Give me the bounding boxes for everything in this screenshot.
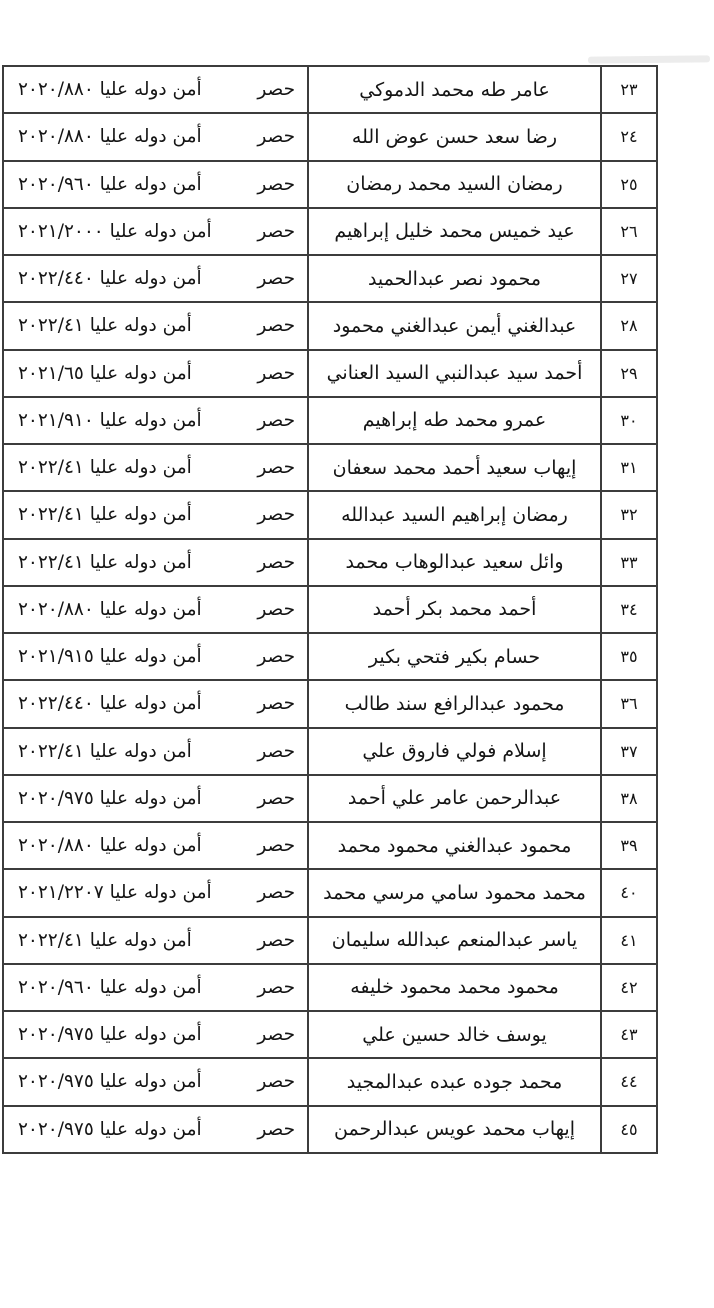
table-row: ٣١ إيهاب سعيد أحمد محمد سعفان حصر أمن دو…	[3, 444, 657, 491]
case-text: حصر أمن دوله عليا ٢٠٢٢/٤١	[4, 741, 307, 762]
table-row: ٢٧ محمود نصر عبدالحميد حصر أمن دوله عليا…	[3, 255, 657, 302]
case-number-label: أمن دوله عليا ٢٠٢٠/٨٨٠	[18, 599, 202, 620]
case-number-label: أمن دوله عليا ٢٠٢٢/٤١	[18, 504, 192, 525]
case-type-label: حصر	[257, 1024, 295, 1045]
row-number-cell: ٢٩	[601, 350, 657, 397]
table-row: ٢٦ عيد خميس محمد خليل إبراهيم حصر أمن دو…	[3, 208, 657, 255]
table-row: ٣٧ إسلام فولي فاروق علي حصر أمن دوله علي…	[3, 728, 657, 775]
case-cell: حصر أمن دوله عليا ٢٠٢٠/٩٦٠	[3, 964, 308, 1011]
case-number-label: أمن دوله عليا ٢٠٢٢/٤٤٠	[18, 268, 202, 289]
case-type-label: حصر	[257, 741, 295, 762]
row-number-cell: ٣١	[601, 444, 657, 491]
case-cell: حصر أمن دوله عليا ٢٠٢٢/٤١	[3, 444, 308, 491]
table-row: ٤٣ يوسف خالد حسين علي حصر أمن دوله عليا …	[3, 1011, 657, 1058]
case-text: حصر أمن دوله عليا ٢٠٢١/٩١٠	[4, 410, 307, 431]
case-number-label: أمن دوله عليا ٢٠٢٢/٤١	[18, 457, 192, 478]
case-cell: حصر أمن دوله عليا ٢٠٢٠/٩٧٥	[3, 1011, 308, 1058]
table-row: ٢٨ عبدالغني أيمن عبدالغني محمود حصر أمن …	[3, 302, 657, 349]
case-text: حصر أمن دوله عليا ٢٠٢٠/٩٧٥	[4, 788, 307, 809]
case-type-label: حصر	[257, 788, 295, 809]
person-name-cell: إيهاب محمد عويس عبدالرحمن	[308, 1106, 601, 1153]
case-cell: حصر أمن دوله عليا ٢٠٢٠/٨٨٠	[3, 113, 308, 160]
case-cell: حصر أمن دوله عليا ٢٠٢٠/٩٧٥	[3, 1106, 308, 1153]
row-number-cell: ٤١	[601, 917, 657, 964]
table-row: ٣٤ أحمد محمد بكر أحمد حصر أمن دوله عليا …	[3, 586, 657, 633]
table-row: ٢٩ أحمد سيد عبدالنبي السيد العناني حصر أ…	[3, 350, 657, 397]
case-text: حصر أمن دوله عليا ٢٠٢٢/٤١	[4, 504, 307, 525]
case-text: حصر أمن دوله عليا ٢٠٢٢/٤١	[4, 552, 307, 573]
person-name-cell: عامر طه محمد الدموكي	[308, 66, 601, 113]
row-number-cell: ٤٥	[601, 1106, 657, 1153]
case-number-label: أمن دوله عليا ٢٠٢٢/٤٤٠	[18, 693, 202, 714]
case-text: حصر أمن دوله عليا ٢٠٢٠/٨٨٠	[4, 599, 307, 620]
case-number-label: أمن دوله عليا ٢٠٢٠/٩٦٠	[18, 174, 202, 195]
case-type-label: حصر	[257, 174, 295, 195]
person-name-cell: عبدالغني أيمن عبدالغني محمود	[308, 302, 601, 349]
person-name-cell: عيد خميس محمد خليل إبراهيم	[308, 208, 601, 255]
table-row: ٤٠ محمد محمود سامي مرسي محمد حصر أمن دول…	[3, 869, 657, 916]
case-number-label: أمن دوله عليا ٢٠٢٠/٩٦٠	[18, 977, 202, 998]
row-number-cell: ٣٣	[601, 539, 657, 586]
case-text: حصر أمن دوله عليا ٢٠٢٠/٨٨٠	[4, 835, 307, 856]
case-number-label: أمن دوله عليا ٢٠٢٠/٨٨٠	[18, 126, 202, 147]
row-number-cell: ٢٣	[601, 66, 657, 113]
person-name-cell: محمود محمد محمود خليفه	[308, 964, 601, 1011]
table-row: ٣٠ عمرو محمد طه إبراهيم حصر أمن دوله علي…	[3, 397, 657, 444]
case-number-label: أمن دوله عليا ٢٠٢٢/٤١	[18, 741, 192, 762]
row-number-cell: ٣٧	[601, 728, 657, 775]
case-type-label: حصر	[257, 693, 295, 714]
person-name-cell: رمضان إبراهيم السيد عبدالله	[308, 491, 601, 538]
table-row: ٣٩ محمود عبدالغني محمود محمد حصر أمن دول…	[3, 822, 657, 869]
table-row: ٢٥ رمضان السيد محمد رمضان حصر أمن دوله ع…	[3, 161, 657, 208]
case-text: حصر أمن دوله عليا ٢٠٢٠/٩٧٥	[4, 1119, 307, 1140]
case-cell: حصر أمن دوله عليا ٢٠٢١/٦٥	[3, 350, 308, 397]
row-number-cell: ٣٨	[601, 775, 657, 822]
person-name-cell: عبدالرحمن عامر علي أحمد	[308, 775, 601, 822]
person-name-cell: أحمد محمد بكر أحمد	[308, 586, 601, 633]
case-number-label: أمن دوله عليا ٢٠٢٢/٤١	[18, 552, 192, 573]
person-name-cell: إيهاب سعيد أحمد محمد سعفان	[308, 444, 601, 491]
case-cell: حصر أمن دوله عليا ٢٠٢٠/٩٦٠	[3, 161, 308, 208]
case-text: حصر أمن دوله عليا ٢٠٢١/٦٥	[4, 363, 307, 384]
case-cell: حصر أمن دوله عليا ٢٠٢١/٢٠٠٠	[3, 208, 308, 255]
case-text: حصر أمن دوله عليا ٢٠٢٠/٩٦٠	[4, 977, 307, 998]
case-number-label: أمن دوله عليا ٢٠٢١/٩١٠	[18, 410, 202, 431]
case-cell: حصر أمن دوله عليا ٢٠٢٢/٤٤٠	[3, 255, 308, 302]
person-name-cell: رمضان السيد محمد رمضان	[308, 161, 601, 208]
person-name-cell: إسلام فولي فاروق علي	[308, 728, 601, 775]
person-name-cell: محمد محمود سامي مرسي محمد	[308, 869, 601, 916]
case-cell: حصر أمن دوله عليا ٢٠٢٢/٤٤٠	[3, 680, 308, 727]
case-cell: حصر أمن دوله عليا ٢٠٢١/٩١٠	[3, 397, 308, 444]
person-name-cell: محمد جوده عبده عبدالمجيد	[308, 1058, 601, 1105]
row-number-cell: ٤٠	[601, 869, 657, 916]
person-name-cell: رضا سعد حسن عوض الله	[308, 113, 601, 160]
case-type-label: حصر	[257, 835, 295, 856]
case-text: حصر أمن دوله عليا ٢٠٢٠/٨٨٠	[4, 79, 307, 100]
person-name-cell: يوسف خالد حسين علي	[308, 1011, 601, 1058]
row-number-cell: ٣٢	[601, 491, 657, 538]
person-name-cell: وائل سعيد عبدالوهاب محمد	[308, 539, 601, 586]
case-number-label: أمن دوله عليا ٢٠٢٠/٨٨٠	[18, 79, 202, 100]
case-text: حصر أمن دوله عليا ٢٠٢٢/٤١	[4, 930, 307, 951]
case-text: حصر أمن دوله عليا ٢٠٢٠/٩٧٥	[4, 1024, 307, 1045]
case-number-label: أمن دوله عليا ٢٠٢٠/٨٨٠	[18, 835, 202, 856]
person-name-cell: محمود عبدالغني محمود محمد	[308, 822, 601, 869]
case-text: حصر أمن دوله عليا ٢٠٢١/٢٠٠٠	[4, 221, 307, 242]
case-text: حصر أمن دوله عليا ٢٠٢٢/٤١	[4, 315, 307, 336]
case-type-label: حصر	[257, 504, 295, 525]
case-type-label: حصر	[257, 457, 295, 478]
person-name-cell: محمود عبدالرافع سند طالب	[308, 680, 601, 727]
row-number-cell: ٤٣	[601, 1011, 657, 1058]
case-type-label: حصر	[257, 646, 295, 667]
row-number-cell: ٤٤	[601, 1058, 657, 1105]
scan-artifact	[588, 55, 710, 63]
case-type-label: حصر	[257, 363, 295, 384]
case-text: حصر أمن دوله عليا ٢٠٢٢/٤٤٠	[4, 693, 307, 714]
table-row: ٢٤ رضا سعد حسن عوض الله حصر أمن دوله علي…	[3, 113, 657, 160]
case-type-label: حصر	[257, 315, 295, 336]
case-type-label: حصر	[257, 552, 295, 573]
case-type-label: حصر	[257, 79, 295, 100]
case-number-label: أمن دوله عليا ٢٠٢٠/٩٧٥	[18, 788, 202, 809]
case-text: حصر أمن دوله عليا ٢٠٢١/٩١٥	[4, 646, 307, 667]
row-number-cell: ٣٤	[601, 586, 657, 633]
case-cell: حصر أمن دوله عليا ٢٠٢٢/٤١	[3, 728, 308, 775]
case-number-label: أمن دوله عليا ٢٠٢٠/٩٧٥	[18, 1024, 202, 1045]
case-type-label: حصر	[257, 882, 295, 903]
case-type-label: حصر	[257, 410, 295, 431]
table-row: ٢٣ عامر طه محمد الدموكي حصر أمن دوله علي…	[3, 66, 657, 113]
case-cell: حصر أمن دوله عليا ٢٠٢١/٢٢٠٧	[3, 869, 308, 916]
row-number-cell: ٣٥	[601, 633, 657, 680]
case-cell: حصر أمن دوله عليا ٢٠٢١/٩١٥	[3, 633, 308, 680]
security-restriction-table: ٢٣ عامر طه محمد الدموكي حصر أمن دوله علي…	[2, 65, 658, 1154]
case-number-label: أمن دوله عليا ٢٠٢١/٦٥	[18, 363, 192, 384]
case-cell: حصر أمن دوله عليا ٢٠٢٢/٤١	[3, 302, 308, 349]
row-number-cell: ٣٦	[601, 680, 657, 727]
case-number-label: أمن دوله عليا ٢٠٢٠/٩٧٥	[18, 1119, 202, 1140]
row-number-cell: ٢٤	[601, 113, 657, 160]
table-row: ٣٥ حسام بكير فتحي بكير حصر أمن دوله عليا…	[3, 633, 657, 680]
table-body: ٢٣ عامر طه محمد الدموكي حصر أمن دوله علي…	[3, 66, 657, 1153]
row-number-cell: ٢٦	[601, 208, 657, 255]
table-row: ٤١ ياسر عبدالمنعم عبدالله سليمان حصر أمن…	[3, 917, 657, 964]
row-number-cell: ٣٩	[601, 822, 657, 869]
case-number-label: أمن دوله عليا ٢٠٢٢/٤١	[18, 930, 192, 951]
case-number-label: أمن دوله عليا ٢٠٢١/٢٠٠٠	[18, 221, 212, 242]
table-row: ٤٤ محمد جوده عبده عبدالمجيد حصر أمن دوله…	[3, 1058, 657, 1105]
case-cell: حصر أمن دوله عليا ٢٠٢٠/٩٧٥	[3, 775, 308, 822]
table-row: ٣٣ وائل سعيد عبدالوهاب محمد حصر أمن دوله…	[3, 539, 657, 586]
case-cell: حصر أمن دوله عليا ٢٠٢٠/٨٨٠	[3, 586, 308, 633]
table-row: ٤٥ إيهاب محمد عويس عبدالرحمن حصر أمن دول…	[3, 1106, 657, 1153]
case-type-label: حصر	[257, 930, 295, 951]
case-type-label: حصر	[257, 1071, 295, 1092]
case-cell: حصر أمن دوله عليا ٢٠٢٠/٨٨٠	[3, 66, 308, 113]
person-name-cell: عمرو محمد طه إبراهيم	[308, 397, 601, 444]
case-cell: حصر أمن دوله عليا ٢٠٢٢/٤١	[3, 917, 308, 964]
row-number-cell: ٤٢	[601, 964, 657, 1011]
case-text: حصر أمن دوله عليا ٢٠٢٠/٩٧٥	[4, 1071, 307, 1092]
row-number-cell: ٢٧	[601, 255, 657, 302]
person-name-cell: ياسر عبدالمنعم عبدالله سليمان	[308, 917, 601, 964]
table-row: ٤٢ محمود محمد محمود خليفه حصر أمن دوله ع…	[3, 964, 657, 1011]
case-text: حصر أمن دوله عليا ٢٠٢٠/٨٨٠	[4, 126, 307, 147]
case-type-label: حصر	[257, 599, 295, 620]
person-name-cell: محمود نصر عبدالحميد	[308, 255, 601, 302]
case-cell: حصر أمن دوله عليا ٢٠٢٠/٩٧٥	[3, 1058, 308, 1105]
case-text: حصر أمن دوله عليا ٢٠٢١/٢٢٠٧	[4, 882, 307, 903]
case-cell: حصر أمن دوله عليا ٢٠٢٢/٤١	[3, 491, 308, 538]
case-text: حصر أمن دوله عليا ٢٠٢٢/٤٤٠	[4, 268, 307, 289]
case-text: حصر أمن دوله عليا ٢٠٢٠/٩٦٠	[4, 174, 307, 195]
case-number-label: أمن دوله عليا ٢٠٢٠/٩٧٥	[18, 1071, 202, 1092]
scanned-document-page: ٢٣ عامر طه محمد الدموكي حصر أمن دوله علي…	[0, 0, 714, 1308]
table-row: ٣٢ رمضان إبراهيم السيد عبدالله حصر أمن د…	[3, 491, 657, 538]
case-number-label: أمن دوله عليا ٢٠٢٢/٤١	[18, 315, 192, 336]
case-text: حصر أمن دوله عليا ٢٠٢٢/٤١	[4, 457, 307, 478]
case-number-label: أمن دوله عليا ٢٠٢١/٩١٥	[18, 646, 202, 667]
row-number-cell: ٣٠	[601, 397, 657, 444]
person-name-cell: أحمد سيد عبدالنبي السيد العناني	[308, 350, 601, 397]
case-number-label: أمن دوله عليا ٢٠٢١/٢٢٠٧	[18, 882, 212, 903]
row-number-cell: ٢٥	[601, 161, 657, 208]
case-cell: حصر أمن دوله عليا ٢٠٢٠/٨٨٠	[3, 822, 308, 869]
row-number-cell: ٢٨	[601, 302, 657, 349]
case-type-label: حصر	[257, 268, 295, 289]
case-type-label: حصر	[257, 977, 295, 998]
person-name-cell: حسام بكير فتحي بكير	[308, 633, 601, 680]
case-type-label: حصر	[257, 1119, 295, 1140]
case-type-label: حصر	[257, 221, 295, 242]
case-type-label: حصر	[257, 126, 295, 147]
table-row: ٣٨ عبدالرحمن عامر علي أحمد حصر أمن دوله …	[3, 775, 657, 822]
case-cell: حصر أمن دوله عليا ٢٠٢٢/٤١	[3, 539, 308, 586]
table-row: ٣٦ محمود عبدالرافع سند طالب حصر أمن دوله…	[3, 680, 657, 727]
